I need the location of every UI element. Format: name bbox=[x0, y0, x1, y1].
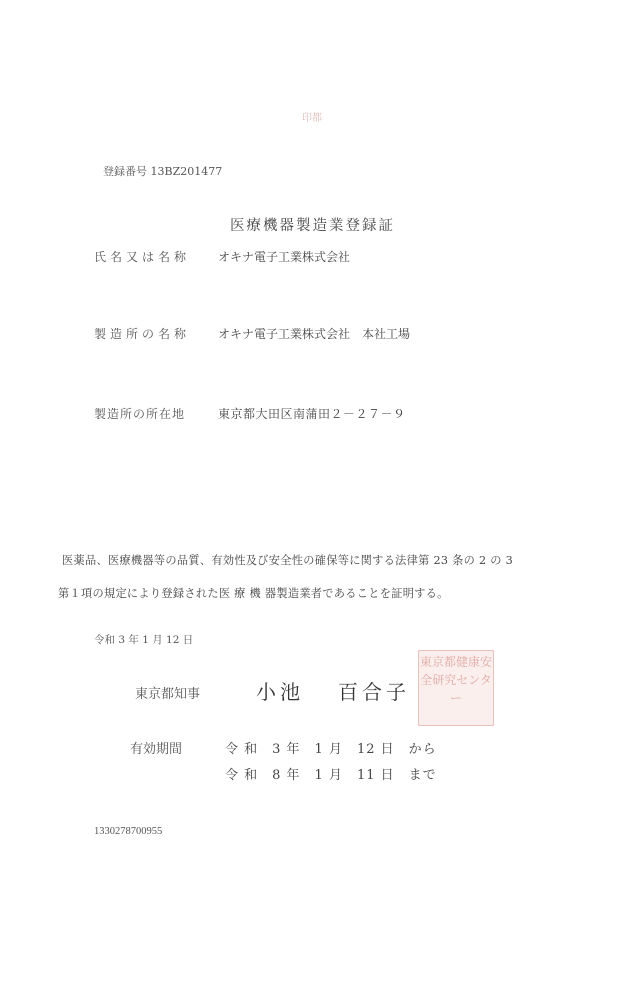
field-label-facility-address: 製造所の所在地 bbox=[94, 405, 185, 422]
registration-label: 登録番号 bbox=[103, 165, 147, 178]
official-seal-stamp: 東京都健康安全研究センター bbox=[418, 650, 494, 726]
field-value-facility-address: 東京都大田区南蒲田２－２７－９ bbox=[218, 405, 406, 422]
governor-title: 東京都知事 bbox=[135, 683, 200, 702]
governor-given-name: 百合子 bbox=[338, 680, 410, 704]
registration-value: 13BZ201477 bbox=[151, 165, 223, 178]
seal-text: 印都 bbox=[302, 113, 322, 124]
certification-text-line-2: 第１項の規定により登録された医 療 機 器製造業者であることを証明する。 bbox=[58, 585, 449, 601]
validity-label: 有効期間 bbox=[130, 738, 182, 757]
registration-number: 登録番号 13BZ201477 bbox=[103, 163, 222, 179]
field-value-name: オキナ電子工業株式会社 bbox=[218, 248, 350, 265]
official-seal-stamp-small: 印都 bbox=[297, 100, 327, 136]
serial-number: 1330278700955 bbox=[94, 826, 162, 837]
document-title: 医療機器製造業登録証 bbox=[0, 214, 625, 235]
seal-text: 東京都健康安全研究センター bbox=[420, 655, 492, 705]
certification-text-line-1: 医薬品、医療機器等の品質、有効性及び安全性の確保等に関する法律第 23 条の 2… bbox=[62, 552, 513, 568]
validity-from: 令 和 3 年 1 月 12 日 から bbox=[225, 738, 437, 757]
field-label-name: 氏名又は名称 bbox=[94, 248, 190, 265]
governor-surname: 小池 bbox=[256, 680, 304, 704]
issue-date: 令和 3 年 1 月 12 日 bbox=[94, 632, 193, 647]
field-label-facility-name: 製造所の名称 bbox=[94, 325, 190, 342]
field-value-facility-name: オキナ電子工業株式会社 本社工場 bbox=[218, 325, 410, 342]
validity-to: 令 和 8 年 1 月 11 日 まで bbox=[225, 764, 437, 783]
governor-signature: 小池百合子 bbox=[256, 676, 410, 705]
